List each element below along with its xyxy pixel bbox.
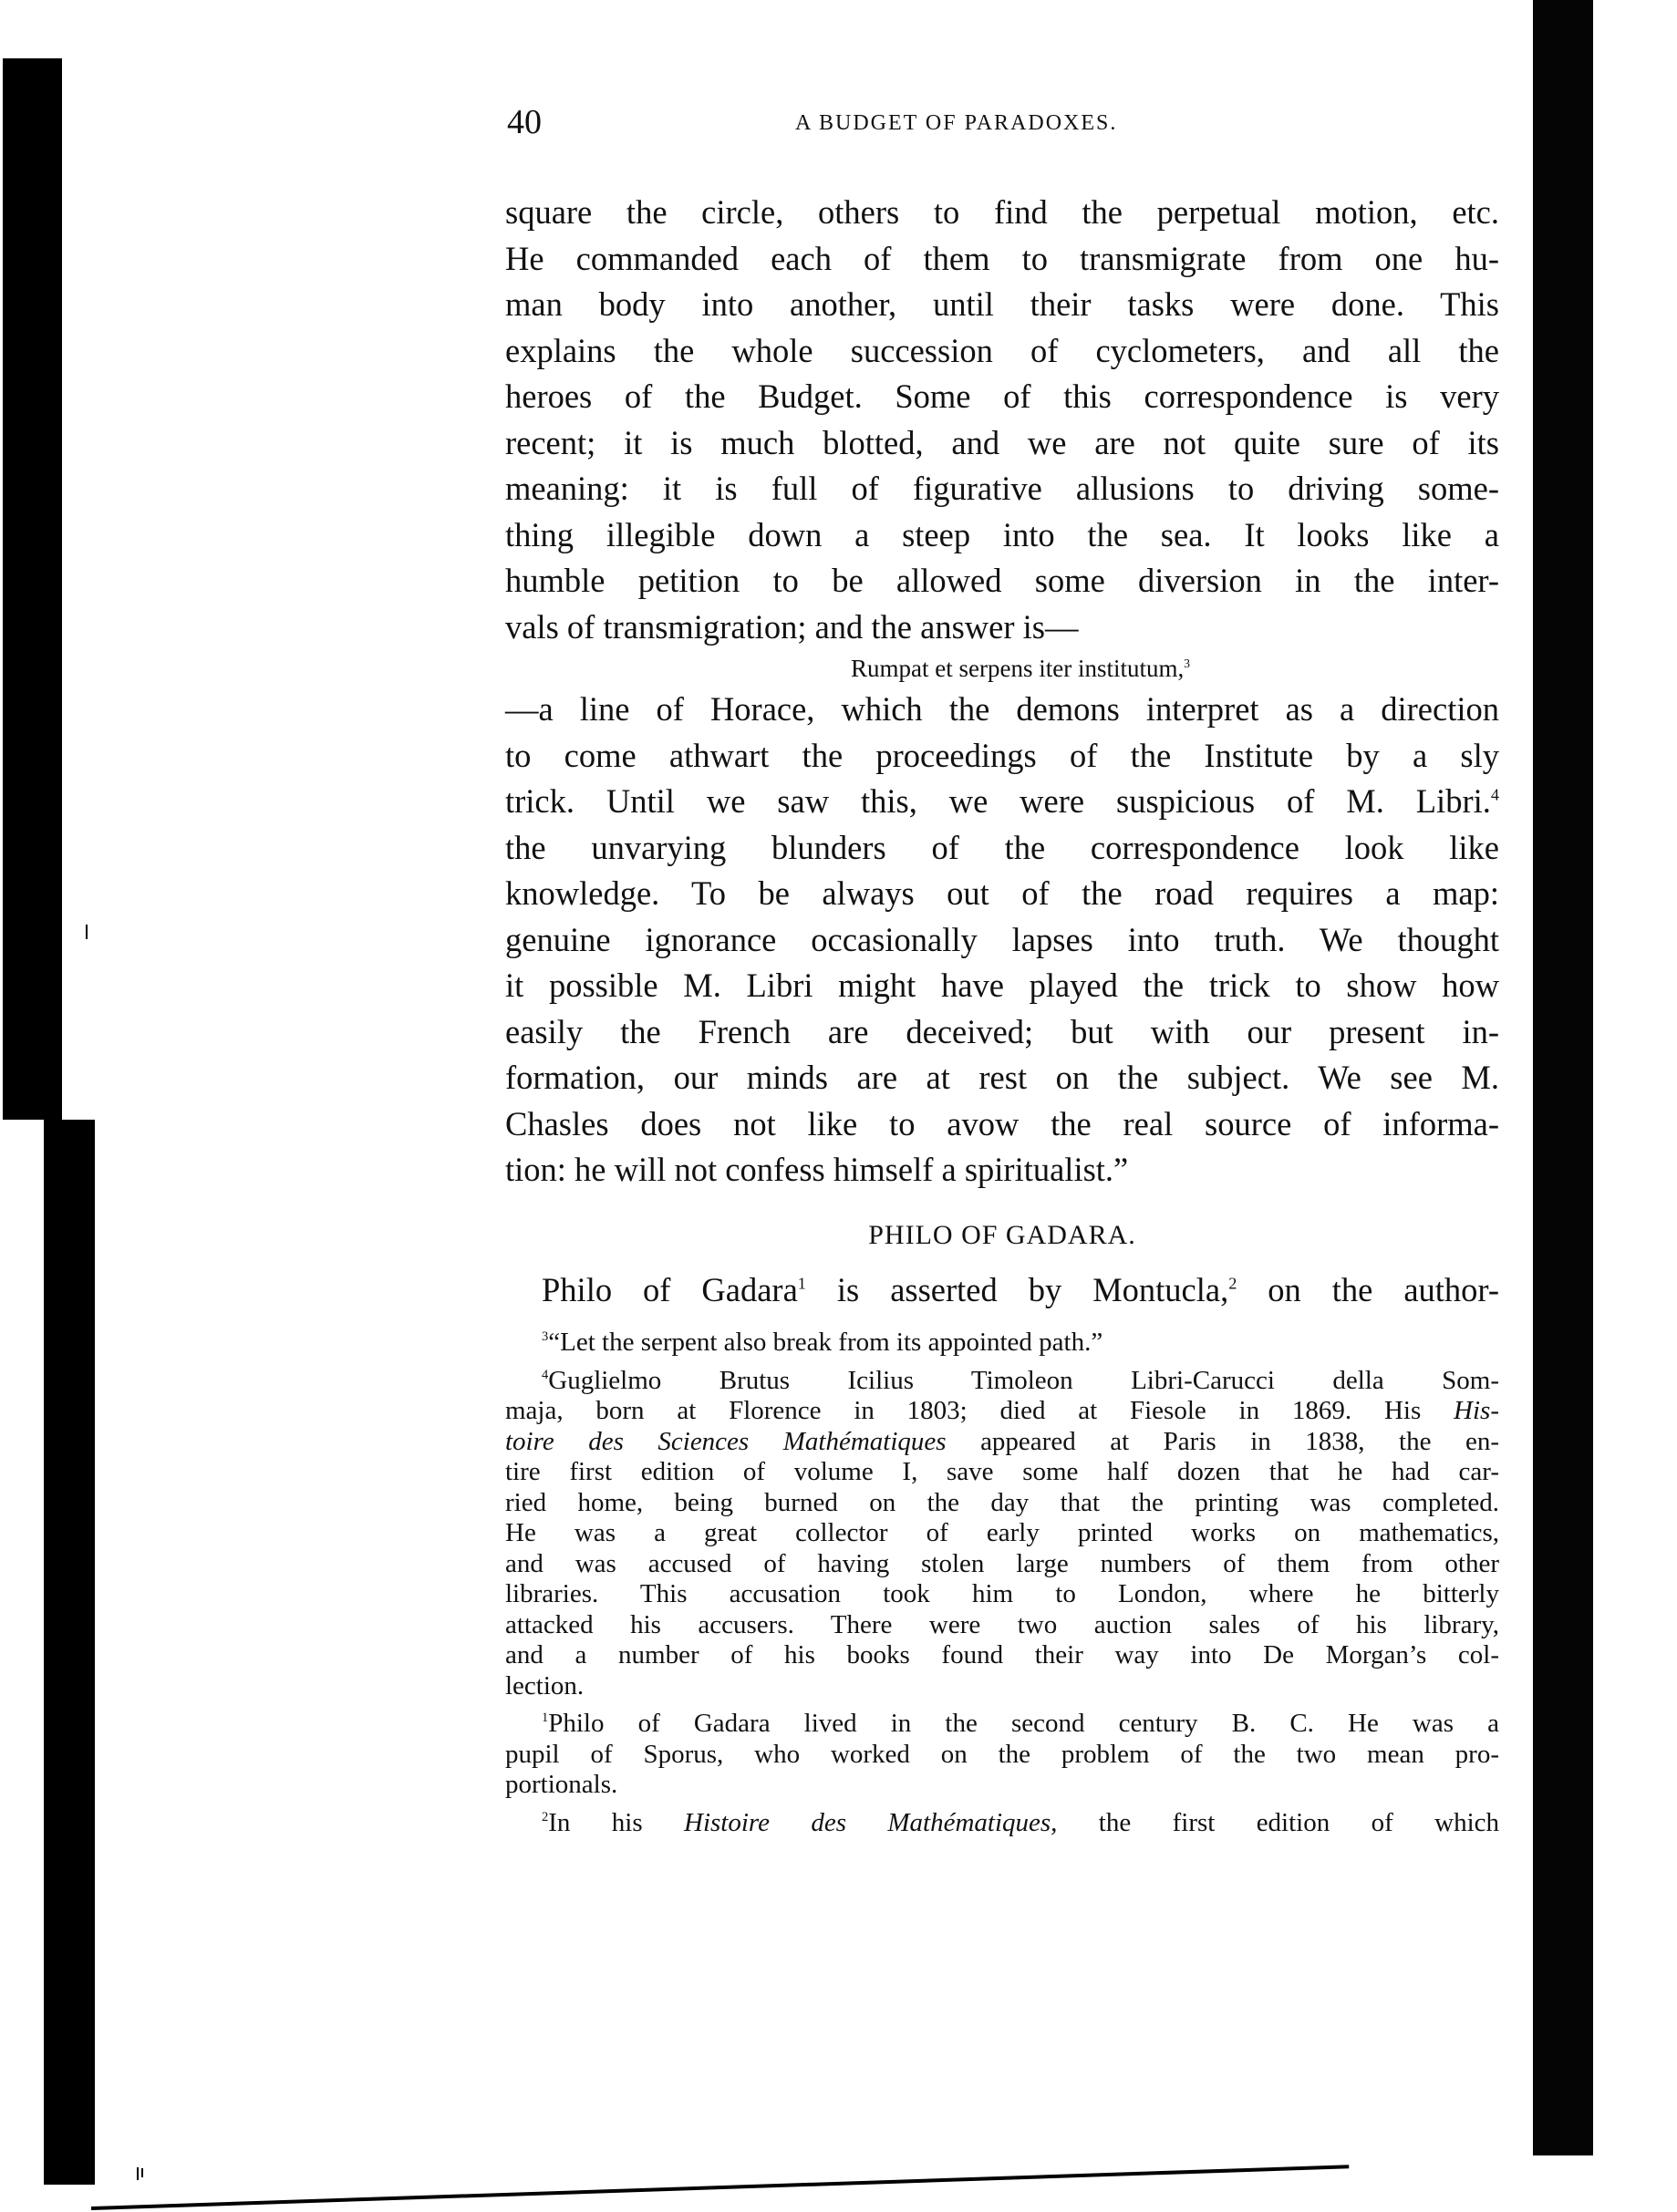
footnote-line: and was accused of having stolen large n… — [505, 1549, 1499, 1580]
footnote-line: ried home, being burned on the day that … — [505, 1488, 1499, 1519]
footnote-line: attacked his accusers. There were two au… — [505, 1610, 1499, 1641]
book-title-italic: toire des Sciences Mathématiques — [505, 1427, 947, 1456]
latin-quotation: Rumpat et serpens iter institutum,3 — [505, 650, 1499, 687]
spacer — [505, 1359, 1499, 1366]
body-text: square the circle, others to find the pe… — [505, 190, 1499, 1194]
footnote-text: the first edition of which — [1057, 1808, 1499, 1837]
text-line: recent; it is much blotted, and we are n… — [505, 420, 1499, 467]
scanned-book-page: 40 A BUDGET OF PARADOXES. square the cir… — [0, 0, 1677, 2212]
text-line: the unvarying blunders of the correspond… — [505, 825, 1499, 872]
text-line: trick. Until we saw this, we were suspic… — [505, 779, 1499, 825]
scan-right-border — [1533, 0, 1593, 2155]
footnote-line: maja, born at Florence in 1803; died at … — [505, 1396, 1499, 1427]
text-line: heroes of the Budget. Some of this corre… — [505, 374, 1499, 420]
running-title: A BUDGET OF PARADOXES. — [795, 111, 1117, 136]
text-line: humble petition to be allowed some diver… — [505, 558, 1499, 605]
text-line: vals of transmigration; and the answer i… — [505, 605, 1499, 651]
text-line: man body into another, until their tasks… — [505, 282, 1499, 328]
quote-text: Rumpat et serpens iter institutum, — [851, 655, 1184, 682]
book-title-italic: Histoire des Mathématiques, — [684, 1808, 1057, 1837]
text-line: —a line of Horace, which the demons inte… — [505, 687, 1499, 733]
text-fragment: on the author- — [1237, 1271, 1499, 1308]
section-heading: PHILO OF GADARA. — [505, 1220, 1499, 1251]
text-fragment: is asserted by Montucla, — [806, 1271, 1228, 1308]
footnote-4: 4Guglielmo Brutus Icilius Timoleon Libri… — [505, 1366, 1499, 1397]
footnote-text: appeared at Paris in 1838, the en- — [947, 1427, 1499, 1456]
scan-speck — [86, 925, 88, 939]
text-line: genuine ignorance occasionally lapses in… — [505, 917, 1499, 964]
text-fragment: Philo of Gadara — [542, 1271, 798, 1308]
footnote-text: Guglielmo Brutus Icilius Timoleon Libri-… — [548, 1366, 1499, 1395]
text-line: tion: he will not confess himself a spir… — [505, 1147, 1499, 1194]
footnote-text: maja, born at Florence in 1803; died at … — [505, 1396, 1454, 1425]
page-number: 40 — [507, 102, 542, 142]
text-line: easily the French are deceived; but with… — [505, 1009, 1499, 1056]
text-line: Chasles does not like to avow the real s… — [505, 1101, 1499, 1148]
footnote-2: 2In his Histoire des Mathématiques, the … — [505, 1808, 1499, 1839]
scan-left-border-lower — [44, 1120, 95, 2185]
book-title-italic: His- — [1454, 1396, 1499, 1425]
text-line: Philo of Gadara1 is asserted by Montucla… — [505, 1267, 1499, 1313]
text-line: it possible M. Libri might have played t… — [505, 963, 1499, 1009]
footnotes: 3“Let the serpent also break from its ap… — [505, 1328, 1499, 1838]
footnote-1: 1Philo of Gadara lived in the second cen… — [505, 1709, 1499, 1740]
footnote-ref: 2 — [1228, 1274, 1237, 1292]
text-line: explains the whole succession of cyclome… — [505, 328, 1499, 375]
text-line: He commanded each of them to transmigrat… — [505, 236, 1499, 283]
footnote-text: “Let the serpent also break from its app… — [548, 1328, 1102, 1357]
text-line: formation, our minds are at rest on the … — [505, 1055, 1499, 1101]
footnote-ref: 4 — [1491, 785, 1499, 803]
scan-speck — [141, 2168, 143, 2177]
text-line: square the circle, others to find the pe… — [505, 190, 1499, 236]
text-line: thing illegible down a steep into the se… — [505, 512, 1499, 559]
footnote-line: libraries. This accusation took him to L… — [505, 1579, 1499, 1610]
text-line: meaning: it is full of figurative allusi… — [505, 466, 1499, 512]
footnote-line: lection. — [505, 1671, 1499, 1702]
scan-speck — [137, 2167, 139, 2180]
spacer — [505, 1801, 1499, 1808]
footnote-line: portionals. — [505, 1770, 1499, 1801]
scan-left-border — [3, 58, 62, 1120]
scan-bottom-edge — [91, 2165, 1349, 2210]
footnote-line: pupil of Sporus, who worked on the probl… — [505, 1740, 1499, 1771]
footnote-text: Philo of Gadara lived in the second cent… — [548, 1709, 1499, 1738]
footnote-3: 3“Let the serpent also break from its ap… — [505, 1328, 1499, 1359]
footnote-line: tire first edition of volume I, save som… — [505, 1457, 1499, 1488]
footnote-ref: 1 — [798, 1274, 806, 1292]
running-head: 40 A BUDGET OF PARADOXES. — [507, 102, 1501, 148]
footnote-ref: 3 — [1184, 656, 1190, 670]
footnote-text: In his — [548, 1808, 684, 1837]
footnote-line: and a number of his books found their wa… — [505, 1640, 1499, 1671]
footnote-line: toire des Sciences Mathématiques appeare… — [505, 1427, 1499, 1458]
footnote-line: He was a great collector of early printe… — [505, 1518, 1499, 1549]
text-fragment: trick. Until we saw this, we were suspic… — [505, 782, 1491, 820]
text-line: knowledge. To be always out of the road … — [505, 871, 1499, 917]
spacer — [505, 1701, 1499, 1709]
text-line: to come athwart the proceedings of the I… — [505, 733, 1499, 780]
section-body: Philo of Gadara1 is asserted by Montucla… — [505, 1267, 1499, 1313]
